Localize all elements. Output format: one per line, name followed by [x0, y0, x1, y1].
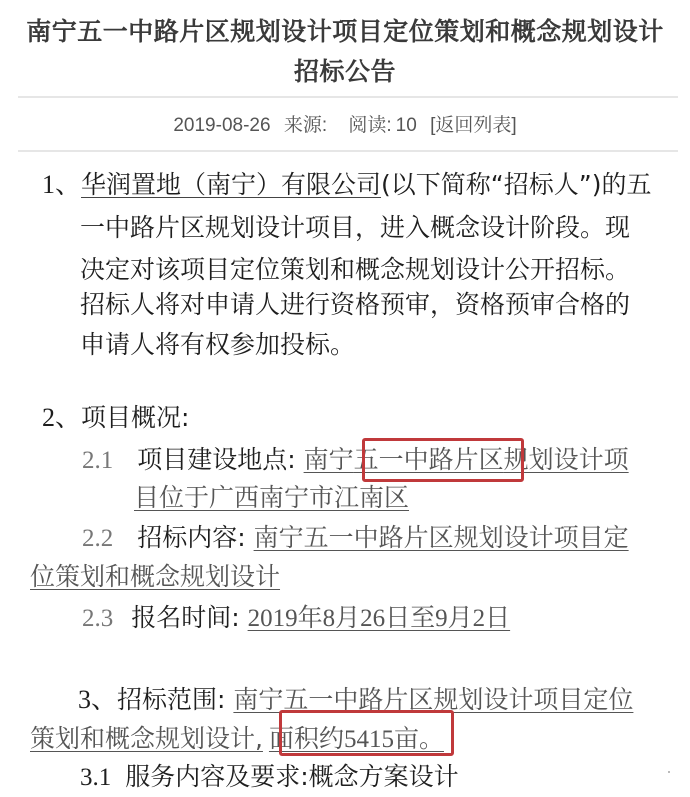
section3-heading-text: 招标范围:	[117, 685, 225, 714]
section1-line2: 一中路片区规划设计项目，进入概念设计阶段。现	[80, 212, 630, 244]
reads-label: 阅读:	[348, 115, 391, 136]
article-title-line1: 南宁五一中路片区规划设计项目定位策划和概念规划设计	[0, 12, 690, 48]
section2-heading-text: 项目概况:	[81, 403, 189, 432]
item-2-1-value-highlight: 五一中路片区	[354, 445, 504, 474]
item-2-3-value: 2019年8月26日至9月2日	[248, 605, 511, 632]
item-2-2-cont: 位策划和概念规划设计	[30, 561, 280, 593]
item-3-1-number: 3.1	[80, 764, 111, 791]
section3-value: 南宁五一中路片区规划设计项目定位	[233, 685, 633, 714]
item-2-1-value-a: 南宁	[304, 445, 354, 474]
item-2-1-value-cont: 目位于广西南宁市江南区	[134, 483, 409, 512]
item-2-1-cont: 目位于广西南宁市江南区	[134, 482, 409, 514]
section1-line5: 申请人将有权参加投标。	[80, 329, 355, 361]
item-3-1-label: 服务内容及要求:	[125, 762, 308, 791]
section2-heading: 2、项目概况:	[42, 402, 189, 434]
section2-number: 2、	[42, 403, 81, 432]
item-2-3-number: 2.3	[82, 605, 113, 632]
item-2-2-value-cont: 位策划和概念规划设计	[30, 562, 280, 591]
section1-line1: 1、华润置地（南宁）有限公司(以下简称“招标人”)的五	[42, 169, 651, 201]
article-meta: 2019-08-26 来源: 阅读:10 [返回列表]	[0, 110, 690, 137]
item-2-1-value-b: 规划设计项	[504, 445, 629, 474]
section1-text: (以下简称“招标人”)的五	[381, 170, 651, 199]
meta-divider-bottom	[18, 150, 678, 152]
item-2-2: 2.2 招标内容: 南宁五一中路片区规划设计项目定	[82, 522, 629, 555]
item-2-1-value: 南宁五一中路片区规划设计项	[304, 445, 629, 474]
section3-number: 3、	[78, 685, 117, 714]
section1-number: 1、	[42, 170, 81, 199]
item-2-2-number: 2.2	[82, 525, 113, 552]
section3-heading: 3、招标范围: 南宁五一中路片区规划设计项目定位	[78, 684, 633, 716]
item-2-1-label: 项目建设地点:	[137, 445, 295, 474]
section3-area: 面积约5415亩。	[269, 726, 444, 753]
item-2-1: 2.1 项目建设地点: 南宁五一中路片区规划设计项	[82, 444, 629, 477]
section3-value-cont: 策划和概念规划设计,	[30, 724, 263, 753]
article-title-line2: 招标公告	[0, 52, 690, 88]
item-2-3: 2.3 报名时间: 2019年8月26日至9月2日	[82, 602, 510, 635]
back-to-list-link[interactable]: [返回列表]	[430, 115, 517, 136]
section1-line4: 招标人将对申请人进行资格预审，资格预审合格的	[80, 289, 630, 321]
section1-line3: 决定对该项目定位策划和概念规划设计公开招标。	[80, 254, 630, 286]
item-2-2-label: 招标内容:	[137, 523, 245, 552]
reads-count: 10	[396, 115, 417, 136]
item-2-2-value: 南宁五一中路片区规划设计项目定	[254, 523, 629, 552]
tenderer-company-name: 华润置地（南宁）有限公司	[81, 170, 381, 199]
item-2-3-label: 报名时间:	[131, 603, 239, 632]
meta-divider-top	[18, 96, 678, 98]
source-label: 来源:	[284, 115, 327, 136]
publish-date: 2019-08-26	[173, 115, 270, 136]
item-2-1-number: 2.1	[82, 447, 113, 474]
item-3-1: 3.1 服务内容及要求:概念方案设计	[80, 761, 459, 794]
section3-cont: 策划和概念规划设计,面积约5415亩。	[30, 723, 444, 756]
item-3-1-value: 概念方案设计	[309, 762, 459, 791]
artifact-dot	[668, 771, 670, 773]
